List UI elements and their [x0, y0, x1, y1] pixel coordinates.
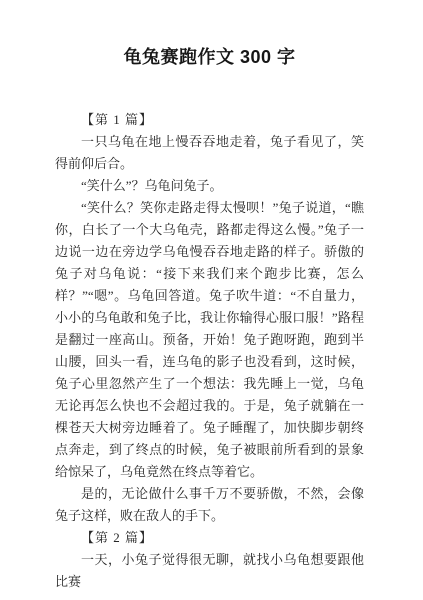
essay-paragraph: 一只乌龟在地上慢吞吞地走着，兔子看见了，笑得前仰后合。 [55, 131, 364, 175]
essay-paragraph: “笑什么”？乌龟问兔子。 [55, 175, 364, 197]
essay-section-heading: 【第 1 篇】 [55, 109, 364, 131]
document-title: 龟兔赛跑作文 300 字 [55, 44, 364, 70]
essay-paragraph: 一天，小兔子觉得很无聊，就找小乌龟想要跟他比赛 [55, 549, 364, 593]
essay-paragraph: “笑什么？笑你走路走得太慢呗！”兔子说道，“瞧你，白长了一个大乌龟壳，路都走得这… [55, 197, 364, 483]
essay-section-heading: 【第 2 篇】 [55, 527, 364, 549]
essay-paragraph: 是的，无论做什么事千万不要骄傲，不然，会像兔子这样，败在敌人的手下。 [55, 483, 364, 527]
document-page: 龟兔赛跑作文 300 字 【第 1 篇】一只乌龟在地上慢吞吞地走着，兔子看见了，… [0, 0, 423, 600]
essay-body: 【第 1 篇】一只乌龟在地上慢吞吞地走着，兔子看见了，笑得前仰后合。“笑什么”？… [55, 109, 364, 593]
